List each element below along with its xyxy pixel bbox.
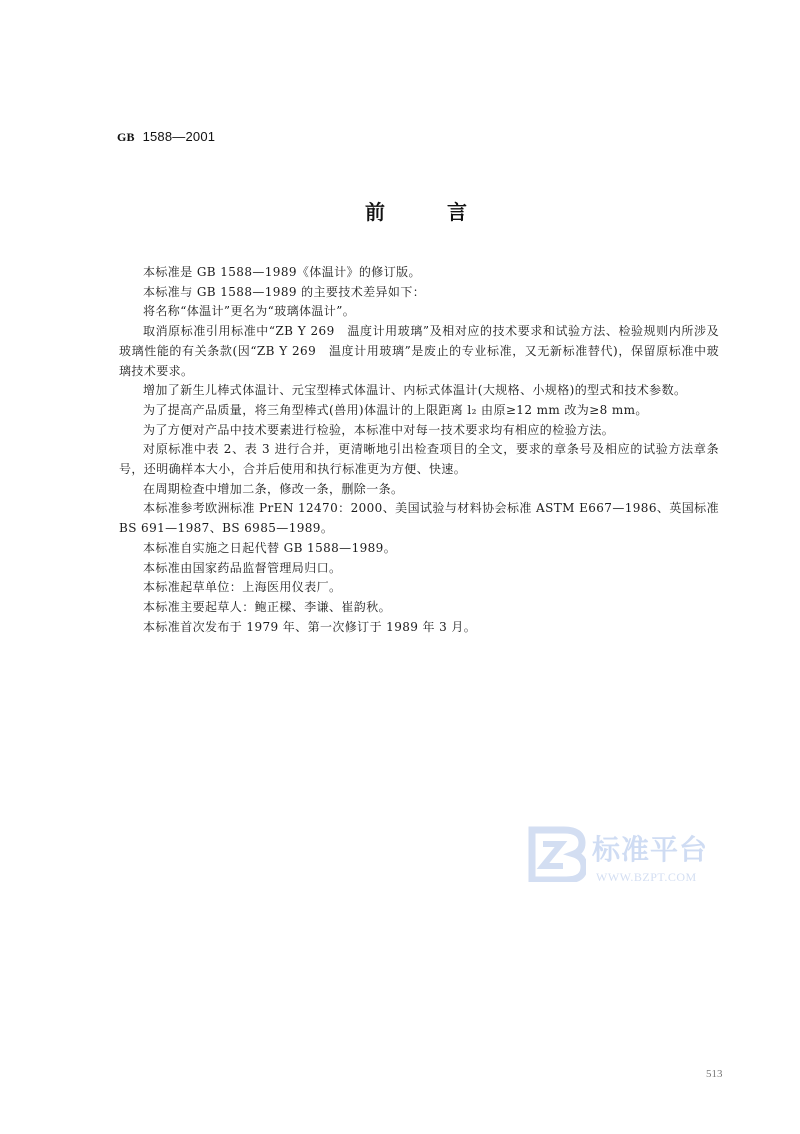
foreword-body: 本标准是 GB 1588—1989《体温计》的修订版。 本标准与 GB 1588… — [119, 263, 719, 637]
standard-number: 1588—2001 — [143, 129, 216, 144]
paragraph: 在周期检查中增加二条，修改一条，删除一条。 — [119, 480, 719, 500]
standard-code: GB 1588—2001 — [117, 129, 215, 145]
paragraph: 本标准起草单位：上海医用仪表厂。 — [119, 578, 719, 598]
paragraph: 本标准首次发布于 1979 年、第一次修订于 1989 年 3 月。 — [119, 618, 719, 638]
paragraph: 对原标准中表 2、表 3 进行合并，更清晰地引出检查项目的全文，要求的章条号及相… — [119, 440, 719, 479]
paragraph: 本标准参考欧洲标准 PrEN 12470：2000、美国试验与材料协会标准 AS… — [119, 499, 719, 538]
paragraph: 本标准由国家药品监督管理局归口。 — [119, 559, 719, 579]
paragraph: 本标准与 GB 1588—1989 的主要技术差异如下： — [119, 283, 719, 303]
bz-logo-icon — [528, 826, 586, 882]
paragraph: 为了方便对产品中技术要素进行检验，本标准中对每一技术要求均有相应的检验方法。 — [119, 421, 719, 441]
watermark-url: WWW.BZPT.COM — [596, 870, 697, 885]
paragraph: 本标准自实施之日起代替 GB 1588—1989。 — [119, 539, 719, 559]
title-char-1: 前 — [365, 196, 385, 225]
paragraph: 增加了新生儿棒式体温计、元宝型棒式体温计、内标式体温计(大规格、小规格)的型式和… — [119, 381, 719, 401]
title-char-2: 言 — [447, 196, 467, 225]
paragraph: 本标准是 GB 1588—1989《体温计》的修订版。 — [119, 263, 719, 283]
paragraph: 将名称“体温计”更名为“玻璃体温计”。 — [119, 302, 719, 322]
page-number: 513 — [706, 1068, 723, 1080]
page-title: 前 言 — [365, 196, 467, 225]
watermark-text: 标准平台 — [592, 828, 708, 868]
paragraph: 为了提高产品质量，将三角型棒式(兽用)体温计的上限距离 l₂ 由原≥12 mm … — [119, 401, 719, 421]
standard-prefix: GB — [117, 130, 135, 144]
watermark: 标准平台 WWW.BZPT.COM — [528, 826, 728, 896]
paragraph: 本标准主要起草人：鲍正樑、李谦、崔韵秋。 — [119, 598, 719, 618]
paragraph: 取消原标准引用标准中“ZB Y 269 温度计用玻璃”及相对应的技术要求和试验方… — [119, 322, 719, 381]
